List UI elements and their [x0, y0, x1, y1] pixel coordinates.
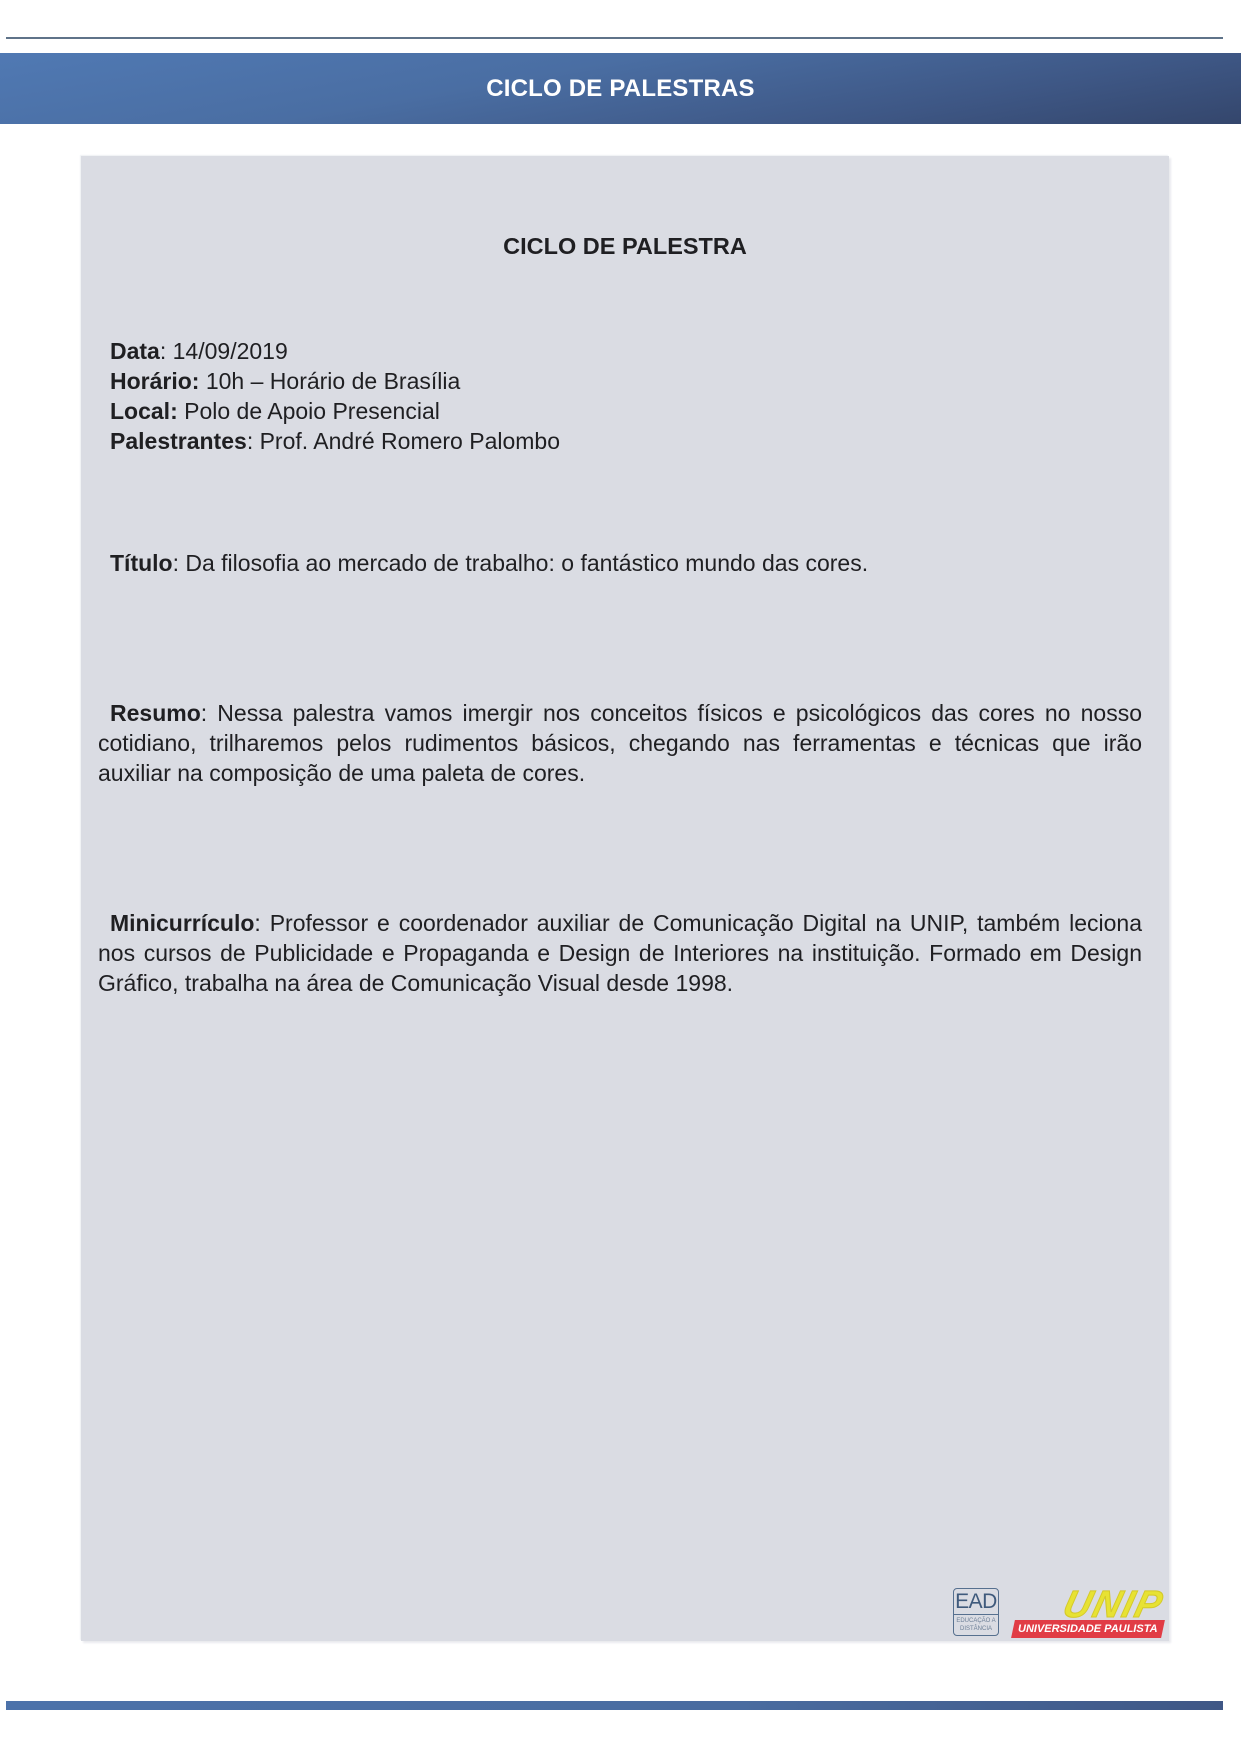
time-value: 10h – Horário de Brasília	[199, 368, 460, 394]
header-banner: CICLO DE PALESTRAS	[0, 53, 1241, 124]
ead-logo-text: EAD	[954, 1589, 998, 1615]
time-line: Horário: 10h – Horário de Brasília	[110, 366, 560, 396]
summary-text: : Nessa palestra vamos imergir nos conce…	[98, 700, 1142, 786]
summary-paragraph: Resumo: Nessa palestra vamos imergir nos…	[98, 698, 1142, 788]
unip-tagline-bar: UNIVERSIDADE PAULISTA	[1011, 1620, 1165, 1638]
event-details: Data: 14/09/2019 Horário: 10h – Horário …	[110, 336, 560, 456]
ead-logo: EAD EDUCAÇÃO A DISTÂNCIA	[953, 1588, 999, 1636]
bottom-divider	[6, 1701, 1223, 1710]
panel-heading: CICLO DE PALESTRA	[81, 233, 1169, 260]
date-value: : 14/09/2019	[160, 338, 288, 364]
bio-paragraph: Minicurrículo: Professor e coordenador a…	[98, 908, 1142, 998]
location-line: Local: Polo de Apoio Presencial	[110, 396, 560, 426]
speakers-value: : Prof. André Romero Palombo	[247, 428, 560, 454]
unip-logo: UNIP UNIVERSIDADE PAULISTA	[1013, 1588, 1167, 1638]
date-line: Data: 14/09/2019	[110, 336, 560, 366]
title-paragraph: Título: Da filosofia ao mercado de traba…	[98, 548, 1142, 578]
bio-label: Minicurrículo	[110, 910, 254, 936]
content-panel: CICLO DE PALESTRA Data: 14/09/2019 Horár…	[81, 156, 1169, 1641]
date-label: Data	[110, 338, 160, 364]
speakers-line: Palestrantes: Prof. André Romero Palombo	[110, 426, 560, 456]
logos: EAD EDUCAÇÃO A DISTÂNCIA UNIP UNIVERSIDA…	[953, 1588, 1167, 1638]
ead-logo-subtext: EDUCAÇÃO A DISTÂNCIA	[954, 1617, 998, 1633]
title-label: Título	[110, 550, 173, 576]
summary-label: Resumo	[110, 700, 201, 726]
bio-text: : Professor e coordenador auxiliar de Co…	[98, 910, 1142, 996]
time-label: Horário:	[110, 368, 199, 394]
speakers-label: Palestrantes	[110, 428, 247, 454]
title-text: : Da filosofia ao mercado de trabalho: o…	[173, 550, 869, 576]
banner-title: CICLO DE PALESTRAS	[486, 75, 755, 103]
location-label: Local:	[110, 398, 178, 424]
top-divider	[6, 37, 1223, 39]
location-value: Polo de Apoio Presencial	[178, 398, 440, 424]
unip-tagline: UNIVERSIDADE PAULISTA	[1018, 1623, 1158, 1635]
